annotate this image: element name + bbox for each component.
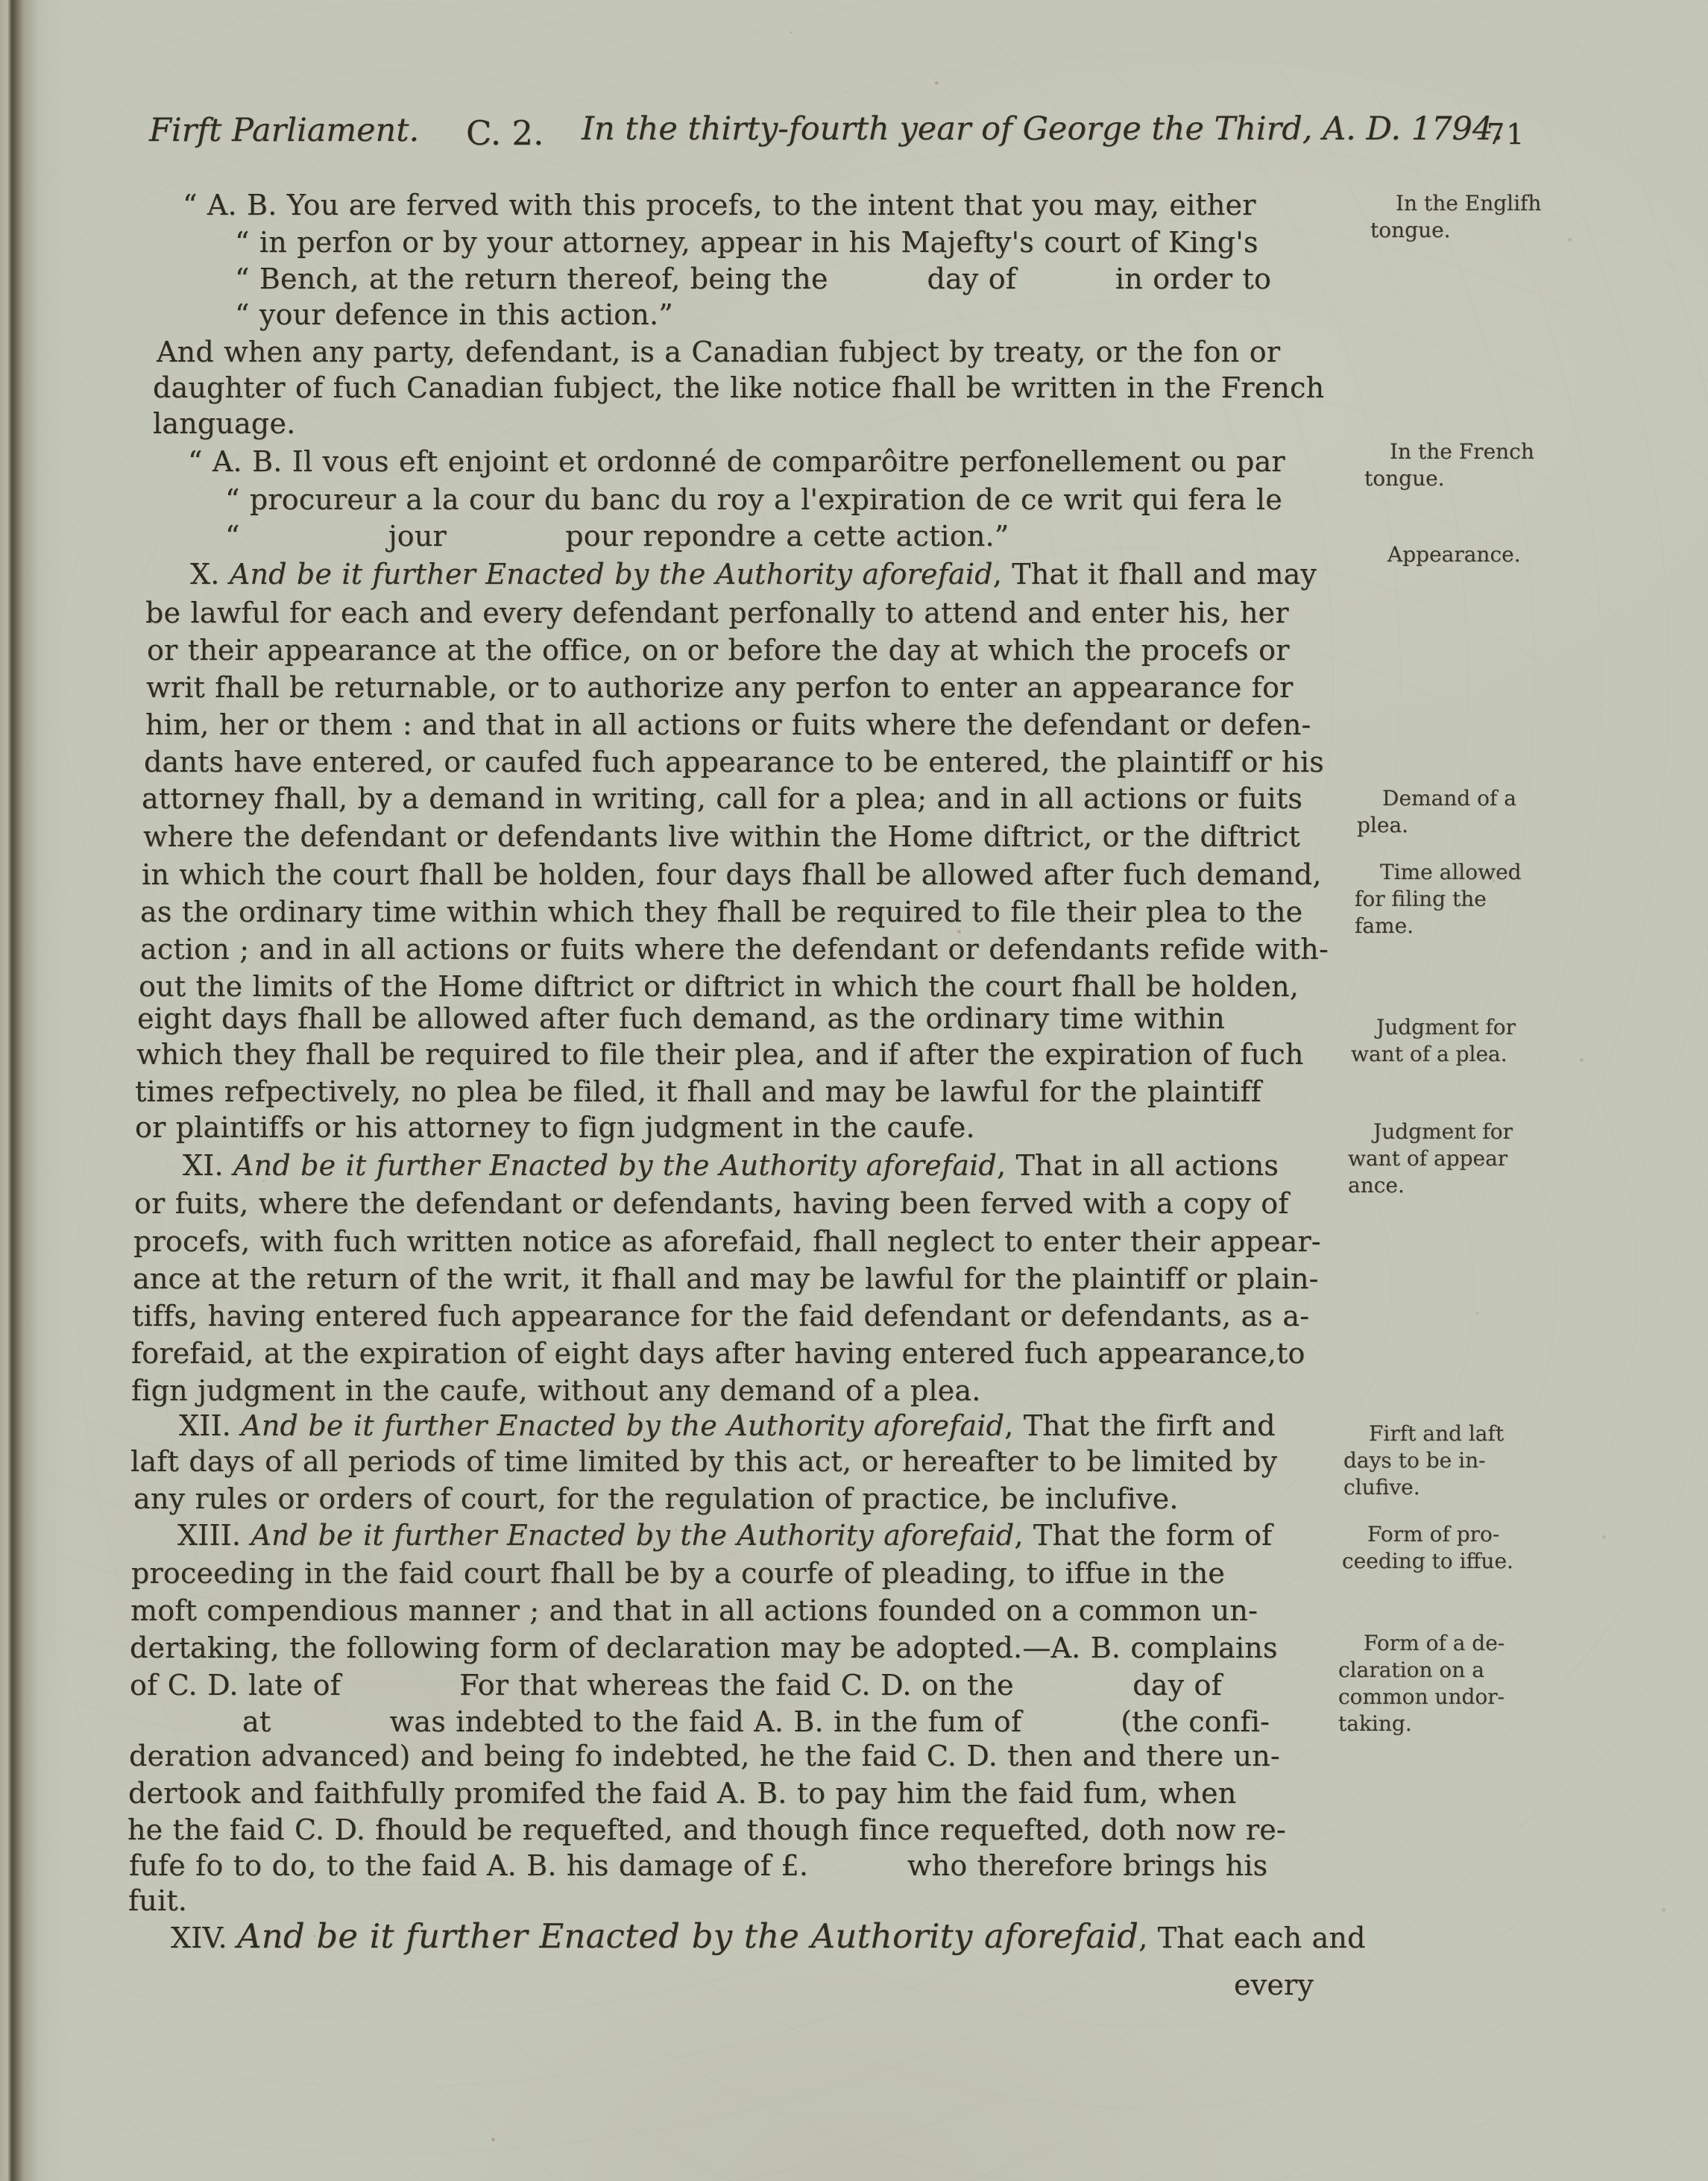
margin-note-line: tongue. xyxy=(1370,217,1594,244)
text-run: out the limits of the Home diftrict or d… xyxy=(139,970,1299,1003)
text-run: writ fhall be returnable, or to authoriz… xyxy=(146,671,1293,704)
text-run: or fuits, where the defendant or defenda… xyxy=(134,1187,1289,1220)
margin-note-line: Form of pro- xyxy=(1342,1521,1566,1548)
text-run: he the faid C. D. fhould be requefted, a… xyxy=(127,1813,1286,1846)
body-line: fufe fo to do, to the faid A. B. his dam… xyxy=(129,1847,1267,1884)
margin-note-line: Appearance. xyxy=(1362,541,1586,568)
body-line: forefaid, at the expiration of eight day… xyxy=(131,1335,1305,1372)
body-line: be lawful for each and every defendant p… xyxy=(145,594,1289,632)
text-run: fign judgment in the caufe, without any … xyxy=(131,1374,981,1407)
text-run: action ; and in all actions or fuits whe… xyxy=(140,933,1329,966)
text-run: And be it further Enacted by the Authori… xyxy=(230,558,993,591)
body-line: XIII. And be it further Enacted by the A… xyxy=(177,1517,1272,1554)
body-line: or fuits, where the defendant or defenda… xyxy=(134,1185,1289,1222)
margin-note-line: ance. xyxy=(1348,1172,1572,1199)
text-run: times refpectively, no plea be filed, it… xyxy=(135,1075,1261,1108)
running-title: Firft Parliament. xyxy=(149,112,419,149)
margin-note: Demand of aplea. xyxy=(1357,785,1581,839)
body-line: proceeding in the faid court fhall be by… xyxy=(131,1555,1225,1592)
margin-note-line: claration on a xyxy=(1338,1657,1562,1684)
text-run: And when any party, defendant, is a Cana… xyxy=(157,336,1280,368)
body-line: laft days of all periods of time limited… xyxy=(130,1443,1277,1480)
margin-note-line: want of appear xyxy=(1348,1145,1572,1172)
text-run: “ procureur a la cour du banc du roy a l… xyxy=(225,483,1282,516)
margin-note: Judgment forwant of a plea. xyxy=(1351,1014,1575,1068)
text-run: eight days fhall be allowed after fuch d… xyxy=(137,1002,1225,1035)
text-run: forefaid, at the expiration of eight day… xyxy=(131,1337,1305,1370)
text-run: laft days of all periods of time limited… xyxy=(130,1445,1277,1478)
margin-note-line: common undor- xyxy=(1338,1684,1562,1711)
text-run: , That each and xyxy=(1138,1922,1365,1954)
text-run: fufe fo to do, to the faid A. B. his dam… xyxy=(129,1849,1267,1882)
text-run: fuit. xyxy=(128,1884,187,1917)
text-run: dants have entered, or caufed fuch appea… xyxy=(144,746,1324,778)
body-line: daughter of fuch Canadian fubject, the l… xyxy=(153,369,1324,406)
body-line: deration advanced) and being fo indebted… xyxy=(129,1737,1280,1775)
catchword: every xyxy=(1234,1966,1314,2004)
text-run: as the ordinary time within which they f… xyxy=(140,896,1302,928)
body-line: him, her or them : and that in all actio… xyxy=(145,706,1311,743)
margin-note-line: taking. xyxy=(1338,1711,1562,1737)
chapter-number: C. 2. xyxy=(466,113,543,153)
text-run: him, her or them : and that in all actio… xyxy=(145,708,1311,741)
paper-specks xyxy=(0,0,2,2)
body-line: dertook and faithfully promifed the faid… xyxy=(128,1775,1236,1812)
text-run: , That the firft and xyxy=(1004,1409,1276,1442)
body-line: XII. And be it further Enacted by the Au… xyxy=(179,1407,1276,1444)
text-run: daughter of fuch Canadian fubject, the l… xyxy=(153,371,1324,404)
body-line: attorney fhall, by a demand in writing, … xyxy=(142,780,1302,817)
text-run: And be it further Enacted by the Authori… xyxy=(241,1409,1004,1442)
body-line: any rules or orders of court, for the re… xyxy=(133,1480,1179,1517)
margin-note: Firft and laftdays to be in-clufive. xyxy=(1343,1420,1567,1501)
body-line: tiffs, having entered fuch appearance fo… xyxy=(132,1297,1309,1335)
body-line: he the faid C. D. fhould be requefted, a… xyxy=(127,1811,1286,1848)
text-run: , That it fhall and may xyxy=(993,558,1317,591)
page-number: 71 xyxy=(1487,118,1525,151)
text-run: dertook and faithfully promifed the faid… xyxy=(128,1777,1236,1810)
margin-note-line: days to be in- xyxy=(1343,1447,1567,1474)
body-line: as the ordinary time within which they f… xyxy=(140,893,1302,931)
margin-note-line: In the French xyxy=(1364,438,1588,465)
margin-note-line: Time allowed xyxy=(1355,859,1578,886)
text-run: in which the court fhall be holden, four… xyxy=(142,858,1322,891)
body-line: where the defendant or defendants live w… xyxy=(143,818,1300,855)
margin-note: Judgment forwant of appearance. xyxy=(1348,1118,1572,1199)
text-run: proceeding in the faid court fhall be by… xyxy=(131,1557,1225,1590)
body-line: moft compendious manner ; and that in al… xyxy=(130,1592,1258,1629)
text-run: be lawful for each and every defendant p… xyxy=(145,597,1289,629)
text-run: any rules or orders of court, for the re… xyxy=(133,1482,1179,1515)
margin-note-line: Form of a de- xyxy=(1338,1630,1562,1657)
body-line: “ in perfon or by your attorney, appear … xyxy=(235,224,1258,261)
text-run: , That the form of xyxy=(1014,1519,1272,1552)
text-run: , That in all actions xyxy=(997,1149,1279,1182)
body-line: action ; and in all actions or fuits whe… xyxy=(140,931,1329,968)
scanned-page: Firft Parliament. C. 2. In the thirty-fo… xyxy=(0,0,1708,2181)
body-line: times refpectively, no plea be filed, it… xyxy=(135,1073,1261,1110)
body-line: X. And be it further Enacted by the Auth… xyxy=(190,556,1317,593)
margin-note: In the Englifhtongue. xyxy=(1370,190,1594,244)
body-line: in which the court fhall be holden, four… xyxy=(142,856,1322,893)
text-run: X. xyxy=(190,558,230,591)
body-line: “ procureur a la cour du banc du roy a l… xyxy=(225,481,1282,518)
margin-note-line: Judgment for xyxy=(1351,1014,1575,1041)
margin-note: Form of a de-claration on acommon undor-… xyxy=(1338,1630,1562,1737)
margin-note-line: fame. xyxy=(1355,913,1578,940)
body-line: which they fhall be required to file the… xyxy=(136,1036,1304,1073)
header-title: In the thirty-fourth year of George the … xyxy=(582,110,1503,148)
body-line: fuit. xyxy=(128,1882,187,1919)
margin-note-line: Firft and laft xyxy=(1343,1420,1567,1447)
body-line: writ fhall be returnable, or to authoriz… xyxy=(146,669,1293,706)
body-line: “ A. B. Il vous eft enjoint et ordonné d… xyxy=(188,443,1285,480)
text-run: of C. D. late of For that whereas the fa… xyxy=(130,1669,1222,1702)
text-run: which they fhall be required to file the… xyxy=(136,1038,1304,1071)
body-line: And when any party, defendant, is a Cana… xyxy=(157,333,1280,371)
text-run: where the defendant or defendants live w… xyxy=(143,820,1300,853)
text-run: And be it further Enacted by the Authori… xyxy=(237,1916,1138,1956)
body-line: or their appearance at the office, on or… xyxy=(147,632,1290,669)
text-run: language. xyxy=(153,407,295,440)
margin-note-line: Demand of a xyxy=(1357,785,1581,812)
text-run: dertaking, the following form of declara… xyxy=(130,1631,1278,1664)
margin-note: Form of pro-ceeding to iffue. xyxy=(1342,1521,1566,1575)
body-line: XIV. And be it further Enacted by the Au… xyxy=(171,1918,1366,1957)
body-line: or plaintiffs or his attorney to fign ju… xyxy=(135,1109,975,1146)
text-run: moft compendious manner ; and that in al… xyxy=(130,1594,1258,1627)
body-line: procefs, with fuch written notice as afo… xyxy=(133,1223,1321,1260)
margin-note-line: for filing the xyxy=(1355,886,1578,913)
body-line: dants have entered, or caufed fuch appea… xyxy=(144,743,1324,781)
text-run: “ Bench, at the return thereof, being th… xyxy=(235,262,1271,295)
text-run: And be it further Enacted by the Authori… xyxy=(250,1519,1014,1552)
body-line: “ jour pour repondre a cette action.” xyxy=(225,517,1009,555)
text-run: tiffs, having entered fuch appearance fo… xyxy=(132,1300,1309,1332)
text-run: “ A. B. Il vous eft enjoint et ordonné d… xyxy=(188,445,1285,478)
body-line: of C. D. late of For that whereas the fa… xyxy=(130,1667,1222,1704)
text-run: deration advanced) and being fo indebted… xyxy=(129,1740,1280,1772)
text-run: “ A. B. You are ferved with this procefs… xyxy=(183,189,1256,221)
body-line: at was indebted to the faid A. B. in the… xyxy=(242,1703,1270,1740)
body-line: language. xyxy=(153,405,295,442)
body-line: “ your defence in this action.” xyxy=(235,296,673,333)
text-run: “ your defence in this action.” xyxy=(235,298,673,331)
text-run: And be it further Enacted by the Authori… xyxy=(233,1149,997,1182)
text-run: XIII. xyxy=(177,1519,250,1552)
text-run: XIV. xyxy=(171,1922,237,1954)
margin-note-line: ceeding to iffue. xyxy=(1342,1548,1566,1575)
body-line: ance at the return of the writ, it fhall… xyxy=(133,1260,1319,1297)
margin-note-line: In the Englifh xyxy=(1370,190,1594,217)
margin-note: Appearance. xyxy=(1362,541,1586,568)
margin-note: In the Frenchtongue. xyxy=(1364,438,1588,492)
text-run: every xyxy=(1234,1968,1314,2001)
margin-note-line: plea. xyxy=(1357,812,1581,839)
text-run: attorney fhall, by a demand in writing, … xyxy=(142,782,1302,815)
text-run: “ in perfon or by your attorney, appear … xyxy=(235,226,1258,259)
text-run: ance at the return of the writ, it fhall… xyxy=(133,1262,1319,1295)
body-line: XI. And be it further Enacted by the Aut… xyxy=(183,1147,1279,1184)
binding-gutter-shadow xyxy=(0,0,67,2181)
body-line: “ A. B. You are ferved with this procefs… xyxy=(183,186,1256,224)
text-run: “ jour pour repondre a cette action.” xyxy=(225,520,1009,553)
body-line: dertaking, the following form of declara… xyxy=(130,1629,1278,1667)
margin-note-line: clufive. xyxy=(1343,1474,1567,1501)
text-run: XII. xyxy=(179,1409,241,1442)
margin-note-line: want of a plea. xyxy=(1351,1041,1575,1068)
margin-note-line: Judgment for xyxy=(1348,1118,1572,1145)
body-line: eight days fhall be allowed after fuch d… xyxy=(137,1000,1225,1037)
body-line: fign judgment in the caufe, without any … xyxy=(131,1372,981,1409)
text-run: XI. xyxy=(183,1149,233,1182)
text-run: or plaintiffs or his attorney to fign ju… xyxy=(135,1111,975,1144)
margin-note: Time allowedfor filing thefame. xyxy=(1355,859,1578,940)
body-line: “ Bench, at the return thereof, being th… xyxy=(235,260,1271,298)
text-run: at was indebted to the faid A. B. in the… xyxy=(242,1705,1270,1738)
text-run: procefs, with fuch written notice as afo… xyxy=(133,1225,1321,1258)
text-run: or their appearance at the office, on or… xyxy=(147,634,1290,667)
margin-note-line: tongue. xyxy=(1364,465,1588,492)
